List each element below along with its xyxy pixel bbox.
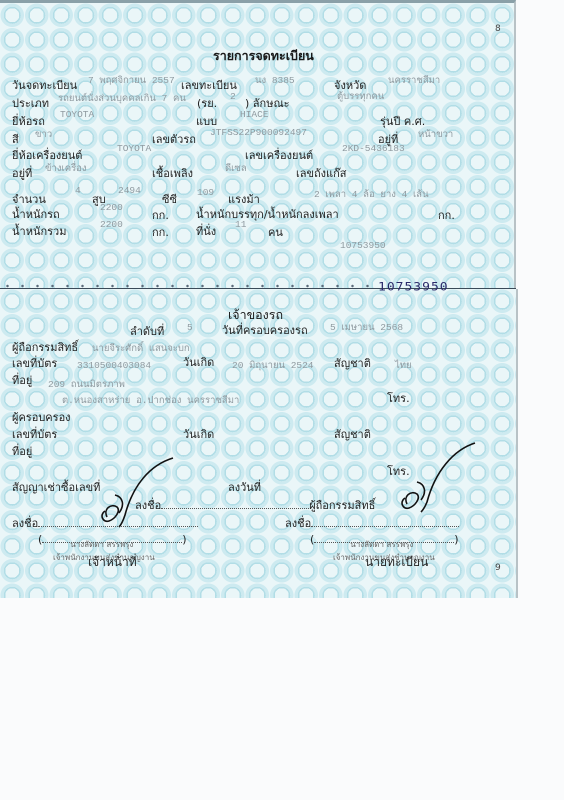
registrar-label: นายทะเบียน [365,553,428,572]
weight-value: 2200 [100,202,123,213]
address-line2: ต.หนองสาหร่าย อ.ปากช่อง นครราชสีมา [62,393,239,408]
registrar-name: นางลัดดา สรรพรุง [350,538,413,551]
plate-value: นง 8385 [255,73,295,88]
address2-label: ที่อยู่ [12,442,32,460]
fuel-label: เชื้อเพลิง [152,164,193,182]
holder-role-label: ผู้ถือกรรมสิทธิ์ [309,499,375,512]
engine-no-label: เลขเครื่องยนต์ [245,146,313,164]
registrar-sign-line [311,526,459,527]
weight-label: น้ำหนักรถ [12,205,60,223]
gas-tank-label: เลขถังแก๊ส [296,164,347,182]
nationality-value: ไทย [395,358,412,373]
load-unit: กก. [438,206,455,224]
seats-unit: คน [268,223,283,241]
reg-date-value: 7 พฤศจิกายน 2557 [88,73,175,88]
plate-label: เลขทะเบียน [181,76,237,94]
hp-value: 109 [197,187,214,198]
chassis-loc-value: หน้าขวา [418,127,453,142]
engine-loc-value: ข้างเครื่อง [45,161,87,176]
color-value: ขาว [35,127,52,142]
registrar-sign-row: ลงชื่อ [285,514,459,532]
birth-value: 20 มิถุนายน 2524 [232,358,314,373]
registrar-signature-icon [395,440,480,515]
page-number-top: 8 [495,24,501,34]
possess-date-label: วันที่ครอบครองรถ [222,321,308,339]
cylinders-value: 4 [75,185,81,196]
officer-label: เจ้าหน้าที่ [88,553,137,572]
model-value: HIACE [240,109,269,120]
engine-brand-value: TOYOTA [117,143,151,154]
brand-value: TOYOTA [60,109,94,120]
seq-value: 5 [187,322,193,333]
serial-stamp: 10753950 [378,281,449,294]
serial-number: 10753950 [340,240,386,251]
nationality-label: สัญชาติ [334,354,371,372]
officer-name: นางลัดดา สรรพรุง [70,538,133,551]
type-value: รถยนต์นั่งส่วนบุคคลเกิน 7 คน [58,91,186,106]
engine-no-value: 2KD-5436183 [342,143,405,154]
holder-sign-line [161,508,309,509]
possessor-label: ผู้ครอบครอง [12,408,71,426]
chassis-value: JTFSS22P900092497 [210,127,307,138]
type-label: ประเภท [12,94,49,112]
id-card-value: 3310500403084 [77,360,151,371]
possess-date-value: 5 เมษายน 2568 [330,320,403,335]
registrar-sign-label: ลงชื่อ [285,517,311,530]
sign-date-label: ลงวันที่ [228,478,261,496]
gross-label: น้ำหนักรวม [12,222,66,240]
id-card2-label: เลขที่บัตร [12,425,57,443]
phone-label: โทร. [387,389,410,407]
holder-value: นายจีระศักดิ์ แสนจะบก [92,341,190,356]
address-line1: 209 ถนนมิตรภาพ [48,377,125,392]
nationality2-label: สัญชาติ [334,425,371,443]
id-card-label: เลขที่บัตร [12,354,57,372]
style-value: ตู้บรรทุกคน [337,89,384,104]
registration-title: รายการจดทะเบียน [213,46,314,66]
axles-value: 2 เพลา 4 ล้อ ยาง 4 เส้น [314,187,429,202]
registration-page [0,0,516,289]
address-label: ที่อยู่ [12,371,32,389]
seats-value: 11 [235,219,246,230]
fuel-value: ดีเซล [225,161,247,176]
page-number-bottom: 9 [495,563,501,573]
seq-label: ลำดับที่ [130,322,164,340]
birth-label: วันเกิด [183,353,214,371]
engine-loc-label: อยู่ที่ [12,164,32,182]
officer-name-row: (นางลัดดา สรรพรุง) [38,533,187,546]
birth2-label: วันเกิด [183,425,214,443]
province-value: นครราชสีมา [388,73,440,88]
chassis-label: เลขตัวรถ [152,130,196,148]
weight-unit: กก. [152,206,169,224]
ro-open-label: (รย. [197,94,217,112]
holder-signature-icon [95,455,180,530]
lease-no-label: สัญญาเช่าซื้อเลขที่ [12,478,100,496]
officer-sign-label: ลงชื่อ [12,517,38,530]
load-label: น้ำหนักบรรทุก/น้ำหนักลงเพลา [196,205,339,223]
seats-label: ที่นั่ง [196,222,216,240]
gross-value: 2200 [100,219,123,230]
gross-unit: กก. [152,223,169,241]
registrar-name-row: (นางลัดดา สรรพรุง) [310,533,459,546]
cc-value: 2494 [118,185,141,196]
ro-value: 2 [230,91,236,102]
